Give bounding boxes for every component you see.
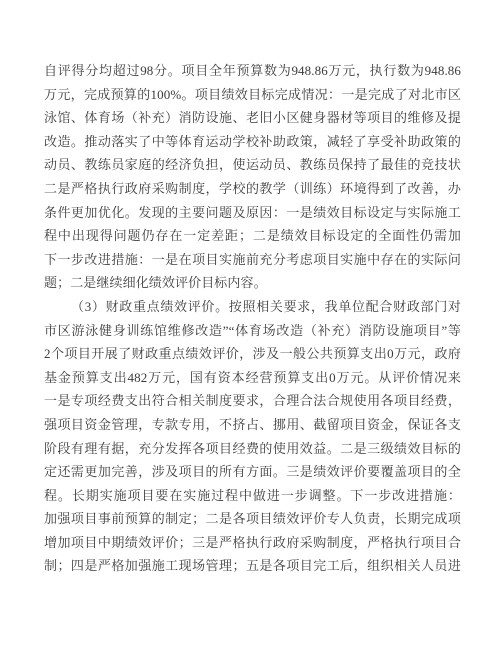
text-line: 定还需更加完善，涉及项目的所有方面。三是绩效评价要覆盖项目的全过 — [44, 460, 461, 484]
text-line: 万元，完成预算的100%。项目绩效目标完成情况：一是完成了对北市区游 — [44, 83, 461, 107]
text-line: 条件更加优化。发现的主要问题及原因：一是绩效目标设定与实际施工过 — [44, 201, 461, 225]
text-line: 自评得分均超过98分。项目全年预算数为948.86万元，执行数为948.86 — [44, 59, 461, 83]
text-line: 强项目资金管理，专款专用，不挤占、挪用、截留项目资金，保证各支出 — [44, 413, 461, 437]
text-line: 2个项目开展了财政重点绩效评价，涉及一般公共预算支出0万元，政府性 — [44, 342, 461, 366]
text-line: 程中出现得问题仍存在一定差距；二是绩效目标设定的全面性仍需加强。 — [44, 224, 461, 248]
text-line: 加强项目事前预算的制定；二是各项目绩效评价专人负责，长期完成项目 — [44, 507, 461, 531]
text-line: 增加项目中期绩效评价；三是严格执行政府采购制度，严格执行项目合同 — [44, 531, 461, 555]
text-line: 基金预算支出482万元，国有资本经营预算支出0万元。从评价情况来看， — [44, 366, 461, 390]
text-line: 下一步改进措施：一是在项目实施前充分考虑项目实施中存在的实际问 — [44, 248, 461, 272]
text-line: 程。长期实施项目要在实施过程中做进一步调整。下一步改进措施：一、 — [44, 484, 461, 508]
text-line: 二是严格执行政府采购制度，学校的教学（训练）环境得到了改善，办学 — [44, 177, 461, 201]
text-line: 题；二是继续细化绩效评价目标内容。 — [44, 271, 461, 295]
paragraph-financial-key-evaluation: （3）财政重点绩效评价。按照相关要求，我单位配合财政部门对“北 市区游泳健身训练… — [44, 295, 461, 578]
text-line: （3）财政重点绩效评价。按照相关要求，我单位配合财政部门对“北 — [44, 295, 461, 319]
paragraph-project-self-evaluation: 自评得分均超过98分。项目全年预算数为948.86万元，执行数为948.86 万… — [44, 59, 461, 295]
text-line: 泳馆、体育场（补充）消防设施、老旧小区健身器材等项目的维修及提升 — [44, 106, 461, 130]
text-line: 阶段有理有据，充分发挥各项目经费的使用效益。二是三级绩效目标的制 — [44, 437, 461, 461]
text-line: 动员、教练员家庭的经济负担，使运动员、教练员保持了最佳的竞技状态； — [44, 153, 461, 177]
document-page: 自评得分均超过98分。项目全年预算数为948.86万元，执行数为948.86 万… — [0, 0, 500, 647]
text-line: 制；四是严格加强施工现场管理；五是各项目完工后，组织相关人员进行 — [44, 554, 461, 578]
text-line: 市区游泳健身训练馆维修改造”“体育场改造（补充）消防设施项目”等 — [44, 319, 461, 343]
text-line: 一是专项经费支出符合相关制度要求，合理合法合规使用各项目经费，加 — [44, 389, 461, 413]
text-line: 改造。推动落实了中等体育运动学校补助政策，减轻了享受补助政策的运 — [44, 130, 461, 154]
